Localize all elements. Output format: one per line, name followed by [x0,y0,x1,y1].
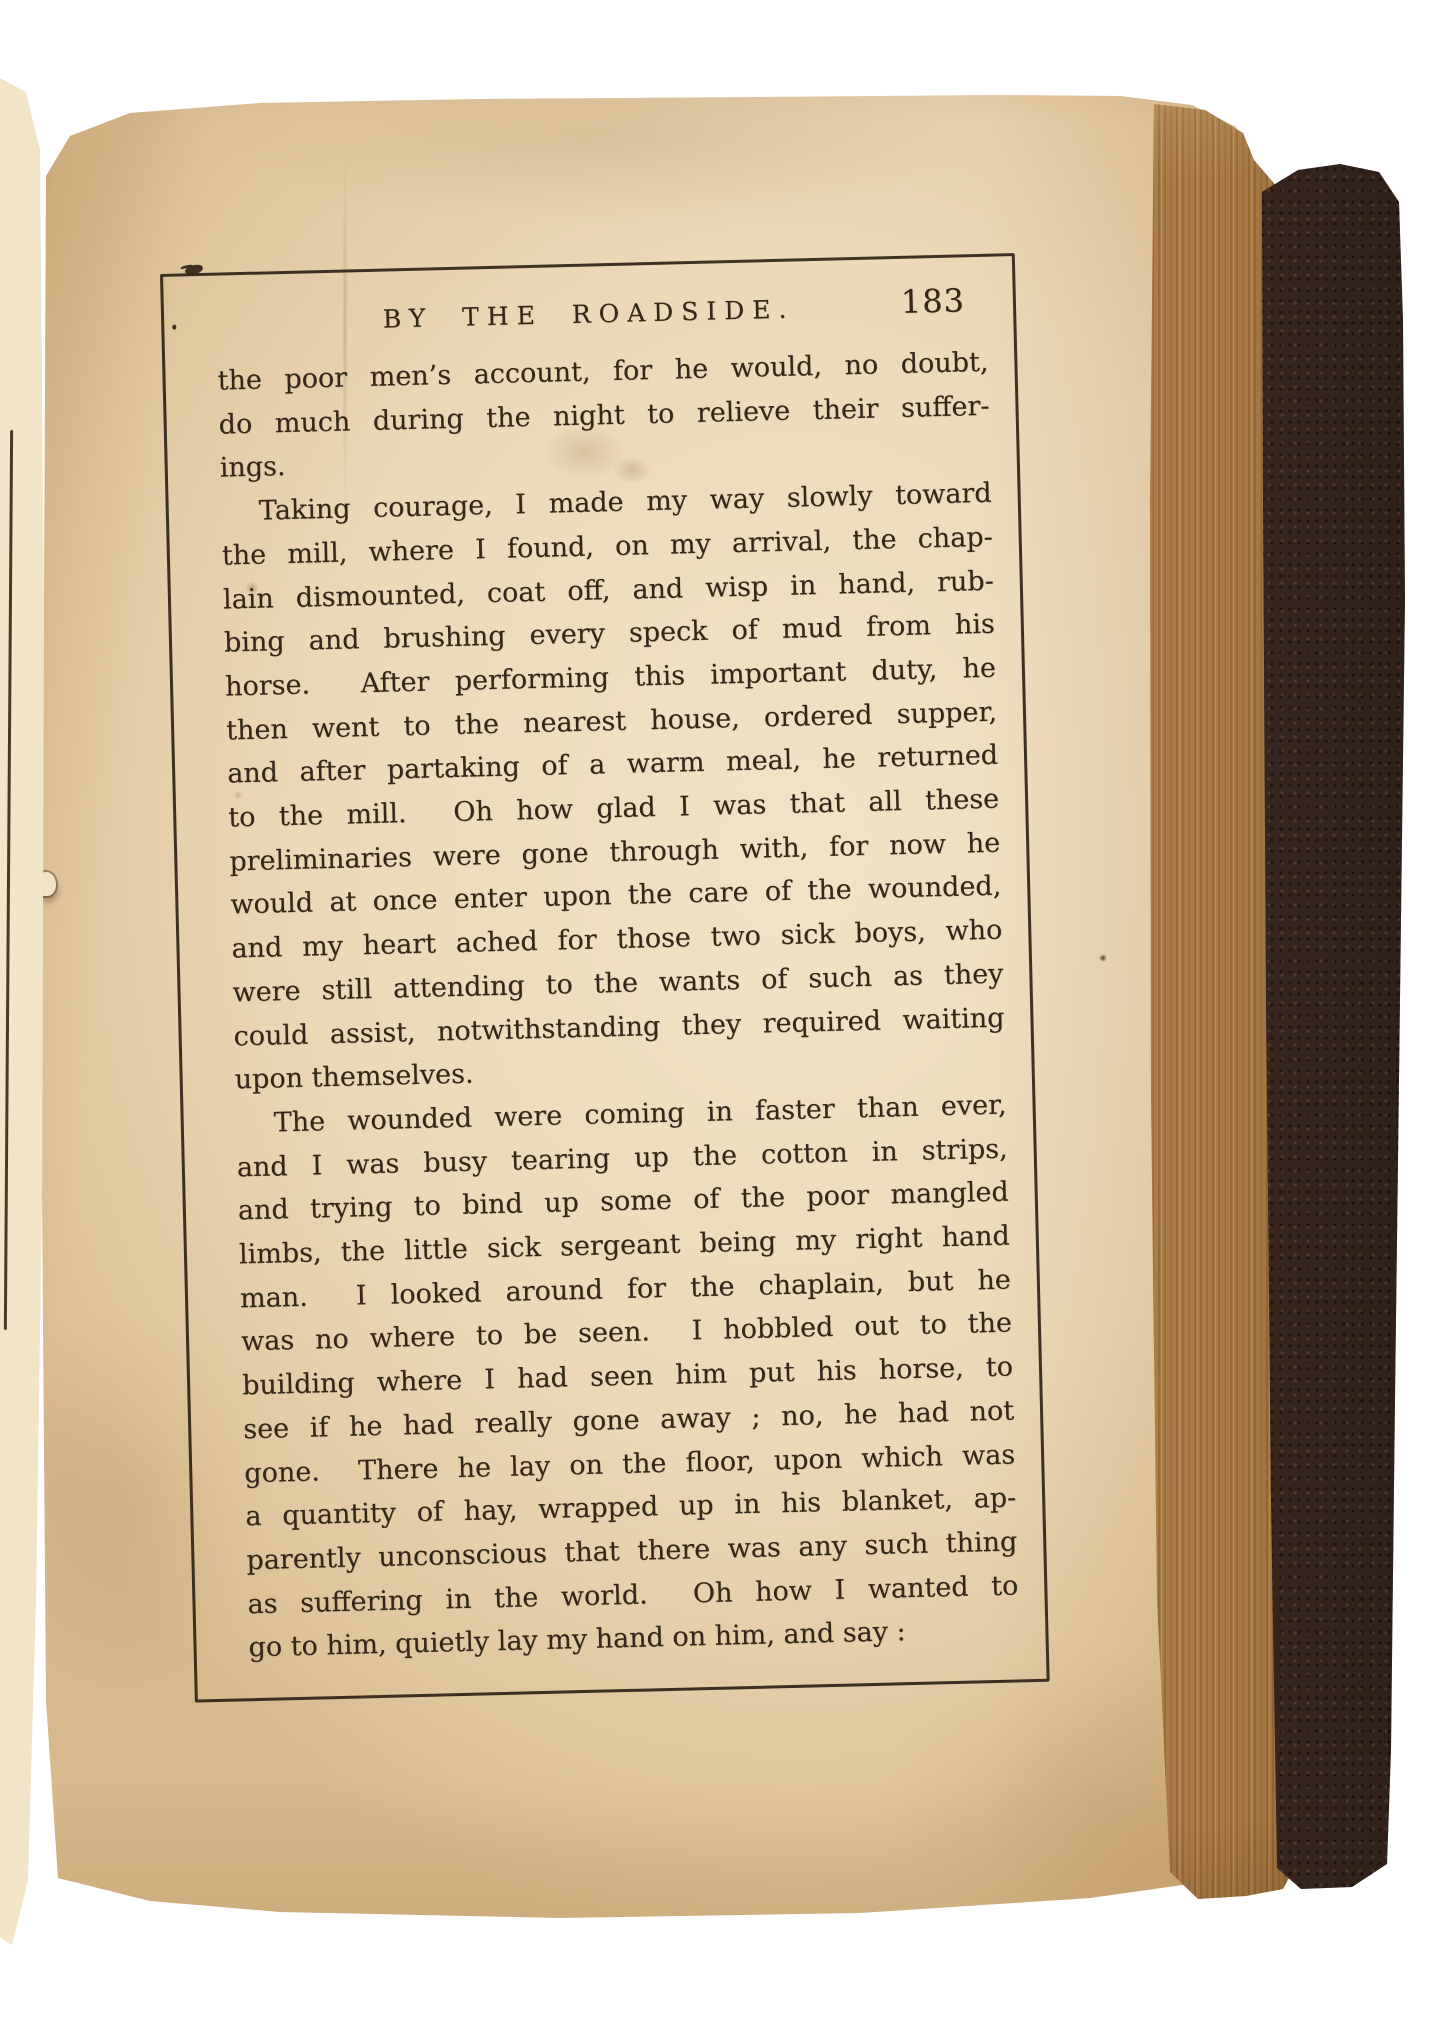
paragraph: Taking courage, I made my way slowly tow… [220,472,1006,1102]
book-photo: BY THE ROADSIDE. 183 the poor men’s acco… [0,0,1445,2023]
running-header-title: BY THE ROADSIDE. [164,289,1013,339]
page-frame-border: BY THE ROADSIDE. 183 the poor men’s acco… [160,253,1050,1702]
page-number: 183 [900,281,965,321]
paragraph: the poor men’s account, for he would, no… [217,341,991,491]
text-body: the poor men’s account, for he would, no… [217,341,1020,1671]
paragraph: The wounded were coming in faster than e… [235,1084,1020,1671]
facing-page-border-line [4,430,13,1330]
running-header: BY THE ROADSIDE. 183 [164,280,1014,345]
